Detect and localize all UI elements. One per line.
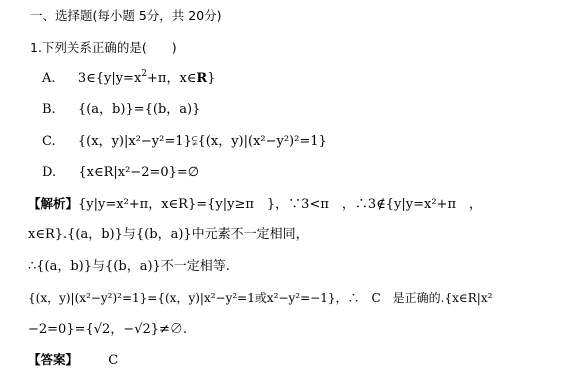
- option-a-text-post: +π，x∈: [147, 71, 196, 86]
- option-c: C. {(x，y)|x²−y²=1}⫋{(x，y)|(x²−y²)²=1}: [42, 134, 327, 150]
- option-d-label: D.: [42, 165, 56, 180]
- option-a-bold: R: [196, 71, 207, 86]
- answer-value: C: [108, 353, 118, 368]
- option-d: D. {x∈R|x²−2=0}=∅: [42, 165, 199, 181]
- analysis-line-5: −2=0}={√2，−√2}≠∅.: [28, 322, 187, 338]
- option-b: B. {(a，b)}={(b，a)}: [42, 102, 200, 118]
- option-b-text: {(a，b)}={(b，a)}: [78, 102, 200, 117]
- analysis-line-4: {(x，y)|(x²−y²)²=1}={(x，y)|x²−y²=1或x²−y²=…: [28, 290, 492, 306]
- option-a-label: A.: [42, 71, 56, 86]
- analysis-line-3: ∴{(a，b)}与{(b，a)}不一定相等.: [28, 259, 230, 275]
- option-a-text-end: }: [207, 71, 215, 86]
- answer-line: 【答案】 C: [28, 352, 118, 369]
- analysis-text-1: {y|y=x²+π，x∈R}={y|y≥π }，∵3<π ，∴3∉{y|y=x²…: [78, 197, 482, 212]
- option-c-label: C.: [42, 134, 56, 149]
- option-b-label: B.: [42, 102, 56, 117]
- question-stem: 1.下列关系正确的是( ): [30, 40, 177, 56]
- analysis-heading: 【解析】: [28, 196, 78, 211]
- option-a: A. 3∈{y|y=x2+π，x∈R}: [42, 71, 216, 87]
- answer-heading: 【答案】: [28, 352, 78, 367]
- option-c-text: {(x，y)|x²−y²=1}⫋{(x，y)|(x²−y²)²=1}: [78, 134, 327, 149]
- option-d-text: {x∈R|x²−2=0}=∅: [78, 165, 199, 180]
- analysis-line-1: 【解析】{y|y=x²+π，x∈R}={y|y≥π }，∵3<π ，∴3∉{y|…: [28, 196, 482, 213]
- section-title: 一、选择题(每小题 5分，共 20分): [30, 8, 222, 24]
- option-a-text-pre: 3∈{y|y=x: [78, 71, 141, 86]
- analysis-line-2: x∈R}.{(a，b)}与{(b，a)}中元素不一定相同，: [28, 227, 309, 243]
